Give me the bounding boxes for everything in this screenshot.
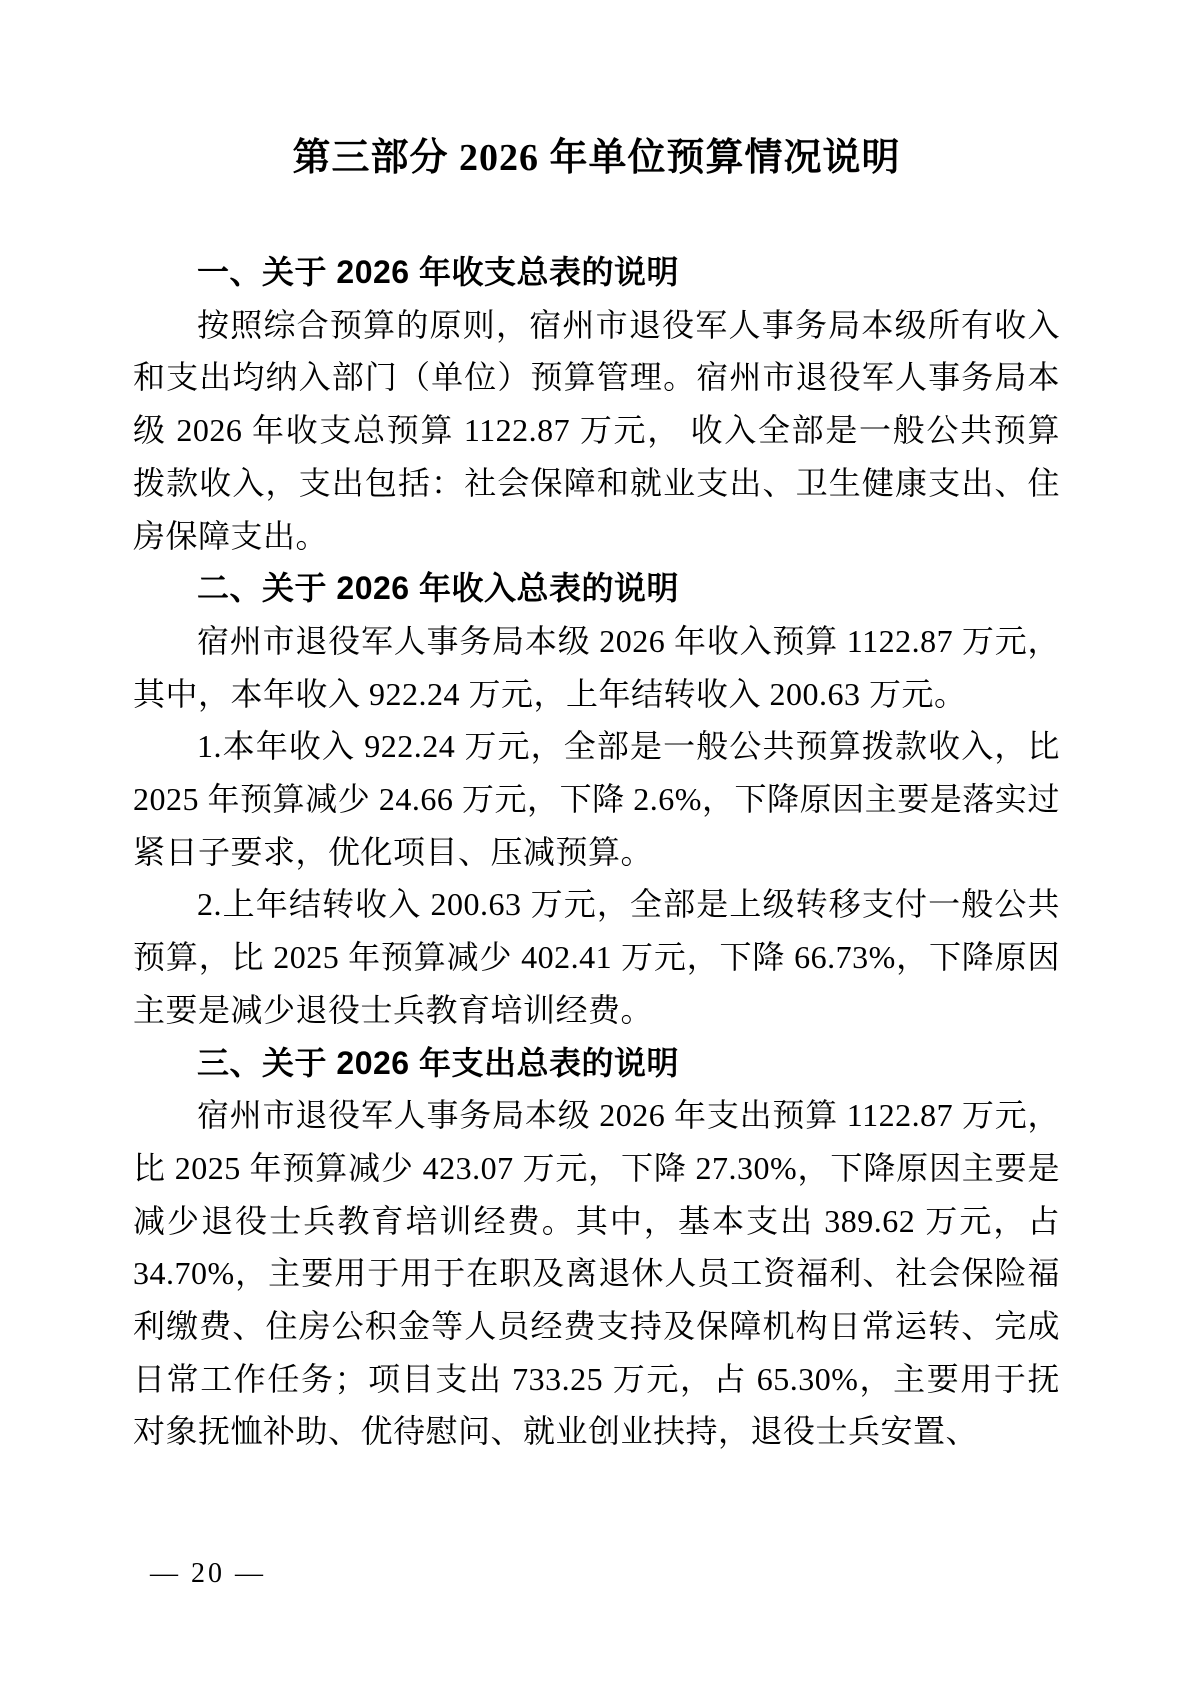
section-income-summary: 二、关于 2026 年收入总表的说明 宿州市退役军人事务局本级 2026 年收入…	[133, 562, 1060, 1036]
page-number: — 20 —	[150, 1558, 266, 1590]
document-page: 第三部分 2026 年单位预算情况说明 一、关于 2026 年收支总表的说明 按…	[0, 0, 1190, 1683]
paragraph: 宿州市退役军人事务局本级 2026 年支出预算 1122.87 万元，比 202…	[133, 1089, 1060, 1458]
section-heading-expenditure-summary: 三、关于 2026 年支出总表的说明	[133, 1037, 1060, 1090]
section-heading-budget-summary: 一、关于 2026 年收支总表的说明	[133, 246, 1060, 299]
section-expenditure-summary: 三、关于 2026 年支出总表的说明 宿州市退役军人事务局本级 2026 年支出…	[133, 1037, 1060, 1459]
paragraph: 2.上年结转收入 200.63 万元，全部是上级转移支付一般公共预算，比 202…	[133, 878, 1060, 1036]
document-title: 第三部分 2026 年单位预算情况说明	[133, 132, 1060, 184]
paragraph: 1.本年收入 922.24 万元，全部是一般公共预算拨款收入，比 2025 年预…	[133, 720, 1060, 878]
section-heading-income-summary: 二、关于 2026 年收入总表的说明	[133, 562, 1060, 615]
section-budget-summary: 一、关于 2026 年收支总表的说明 按照综合预算的原则，宿州市退役军人事务局本…	[133, 246, 1060, 562]
paragraph: 宿州市退役军人事务局本级 2026 年收入预算 1122.87 万元，其中，本年…	[133, 615, 1060, 720]
paragraph: 按照综合预算的原则，宿州市退役军人事务局本级所有收入和支出均纳入部门（单位）预算…	[133, 299, 1060, 563]
